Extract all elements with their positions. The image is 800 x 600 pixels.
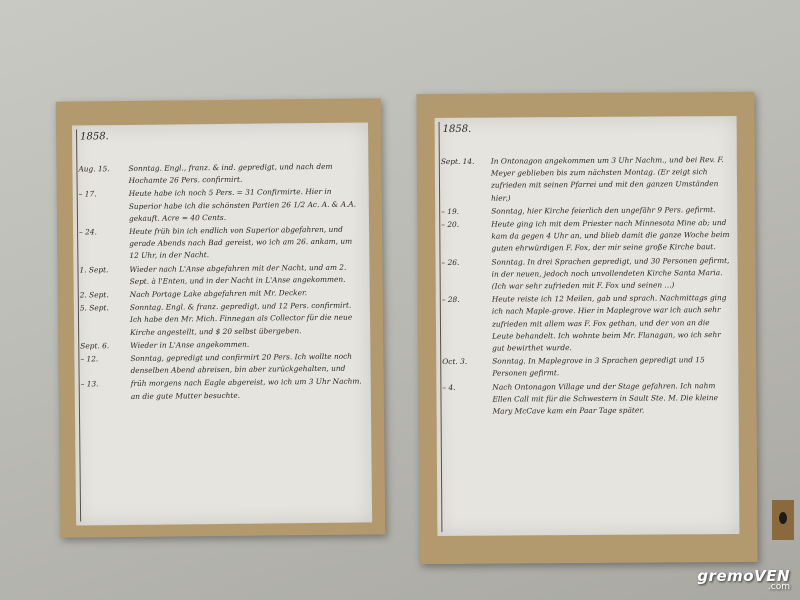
left-framed-page: 1858. Aug. 15.Sonntag. Engl., franz. & i… (56, 98, 386, 537)
entry-date: – 4. (442, 381, 492, 418)
diary-entry: – 24.Heute früh bin ich endlich von Supe… (79, 224, 363, 264)
entry-text: In Ontonagon angekommen um 3 Uhr Nachm.,… (491, 154, 731, 204)
page-year: 1858. (443, 124, 472, 135)
diary-entry: – 28.Heute reiste ich 12 Meilen, gab und… (442, 292, 732, 355)
diary-entry: – 19.Sonntag, hier Kirche feierlich den … (441, 204, 731, 218)
entry-date: Oct. 3. (442, 356, 492, 381)
entry-date: – 28. (442, 294, 492, 355)
diary-entry: – 17.Heute habe ich noch 5 Pers. = 31 Co… (79, 186, 363, 226)
diary-entry: Sept. 14.In Ontonagon angekommen um 3 Uh… (441, 154, 731, 205)
entry-text: Sonntag. In drei Sprachen gepredigt, und… (491, 255, 731, 293)
entry-date: – 26. (441, 256, 491, 293)
left-manuscript-sheet: 1858. Aug. 15.Sonntag. Engl., franz. & i… (72, 122, 372, 525)
entry-date: – 17. (79, 188, 129, 225)
entry-date: Sept. 14. (441, 156, 491, 205)
entry-date: – 12. (80, 353, 130, 378)
diary-entry: – 26.Sonntag. In drei Sprachen gepredigt… (441, 255, 731, 294)
entry-text: Nach Ontonagon Village und der Stage gef… (492, 380, 732, 418)
entry-list: Sept. 14.In Ontonagon angekommen um 3 Uh… (441, 154, 733, 419)
entry-text: Wieder nach L'Anse abgefahren mit der Na… (129, 261, 363, 288)
diary-entry: – 12.Sonntag, gepredigt und confirmirt 2… (80, 351, 364, 378)
diary-entry: Oct. 3.Sonntag. In Maplegrove in 3 Sprac… (442, 354, 732, 380)
diary-entry: – 20.Heute ging ich mit dem Priester nac… (441, 217, 731, 256)
entry-date: – 13. (81, 378, 131, 403)
entry-text: Nach Portage Lake abgefahren mit Mr. Dec… (130, 287, 364, 302)
page-year: 1858. (80, 131, 109, 142)
wall-label-tab (772, 500, 794, 540)
right-framed-page: 1858. Sept. 14.In Ontonagon angekommen u… (416, 92, 757, 564)
entry-text: Heute habe ich noch 5 Pers. = 31 Confirm… (129, 186, 363, 225)
entry-date: 5. Sept. (80, 302, 130, 339)
diary-entry: Aug. 15.Sonntag. Engl., franz. & ind. ge… (78, 161, 362, 188)
right-manuscript-sheet: 1858. Sept. 14.In Ontonagon angekommen u… (435, 116, 740, 536)
watermark: gremoVEN .com (697, 567, 790, 592)
diary-entry: – 4.Nach Ontonagon Village und der Stage… (442, 380, 732, 419)
entry-list: Aug. 15.Sonntag. Engl., franz. & ind. ge… (78, 161, 365, 405)
entry-text: Sonntag. Engl. & franz. gepredigt, und 1… (130, 300, 364, 339)
entry-date: 1. Sept. (79, 264, 129, 289)
entry-text: Sonntag. In Maplegrove in 3 Sprachen gep… (492, 354, 732, 380)
entry-text: Sonntag. Engl., franz. & ind. gepredigt,… (128, 161, 362, 188)
entry-date: – 24. (79, 226, 129, 263)
entry-text: Heute früh bin ich endlich von Superior … (129, 224, 363, 263)
diary-entry: – 13.früh morgens nach Eagle abgereist, … (81, 376, 365, 403)
entry-date: 2. Sept. (80, 289, 130, 302)
entry-text: Heute ging ich mit dem Priester nach Min… (491, 217, 731, 255)
oval-marker-icon (779, 512, 787, 524)
entry-date: – 20. (441, 219, 491, 256)
entry-text: Heute reiste ich 12 Meilen, gab und spra… (492, 292, 732, 355)
entry-text: Wieder in L'Anse angekommen. (130, 337, 364, 352)
entry-text: früh morgens nach Eagle abgereist, wo ic… (131, 376, 365, 403)
entry-text: Sonntag, hier Kirche feierlich den ungef… (491, 204, 731, 218)
diary-entry: 5. Sept.Sonntag. Engl. & franz. gepredig… (80, 300, 364, 340)
diary-entry: 1. Sept.Wieder nach L'Anse abgefahren mi… (79, 261, 363, 288)
entry-date: Aug. 15. (78, 163, 128, 188)
entry-date: – 19. (441, 205, 491, 218)
entry-date: Sept. 6. (80, 340, 130, 353)
entry-text: Sonntag, gepredigt und confirmirt 20 Per… (130, 351, 364, 378)
